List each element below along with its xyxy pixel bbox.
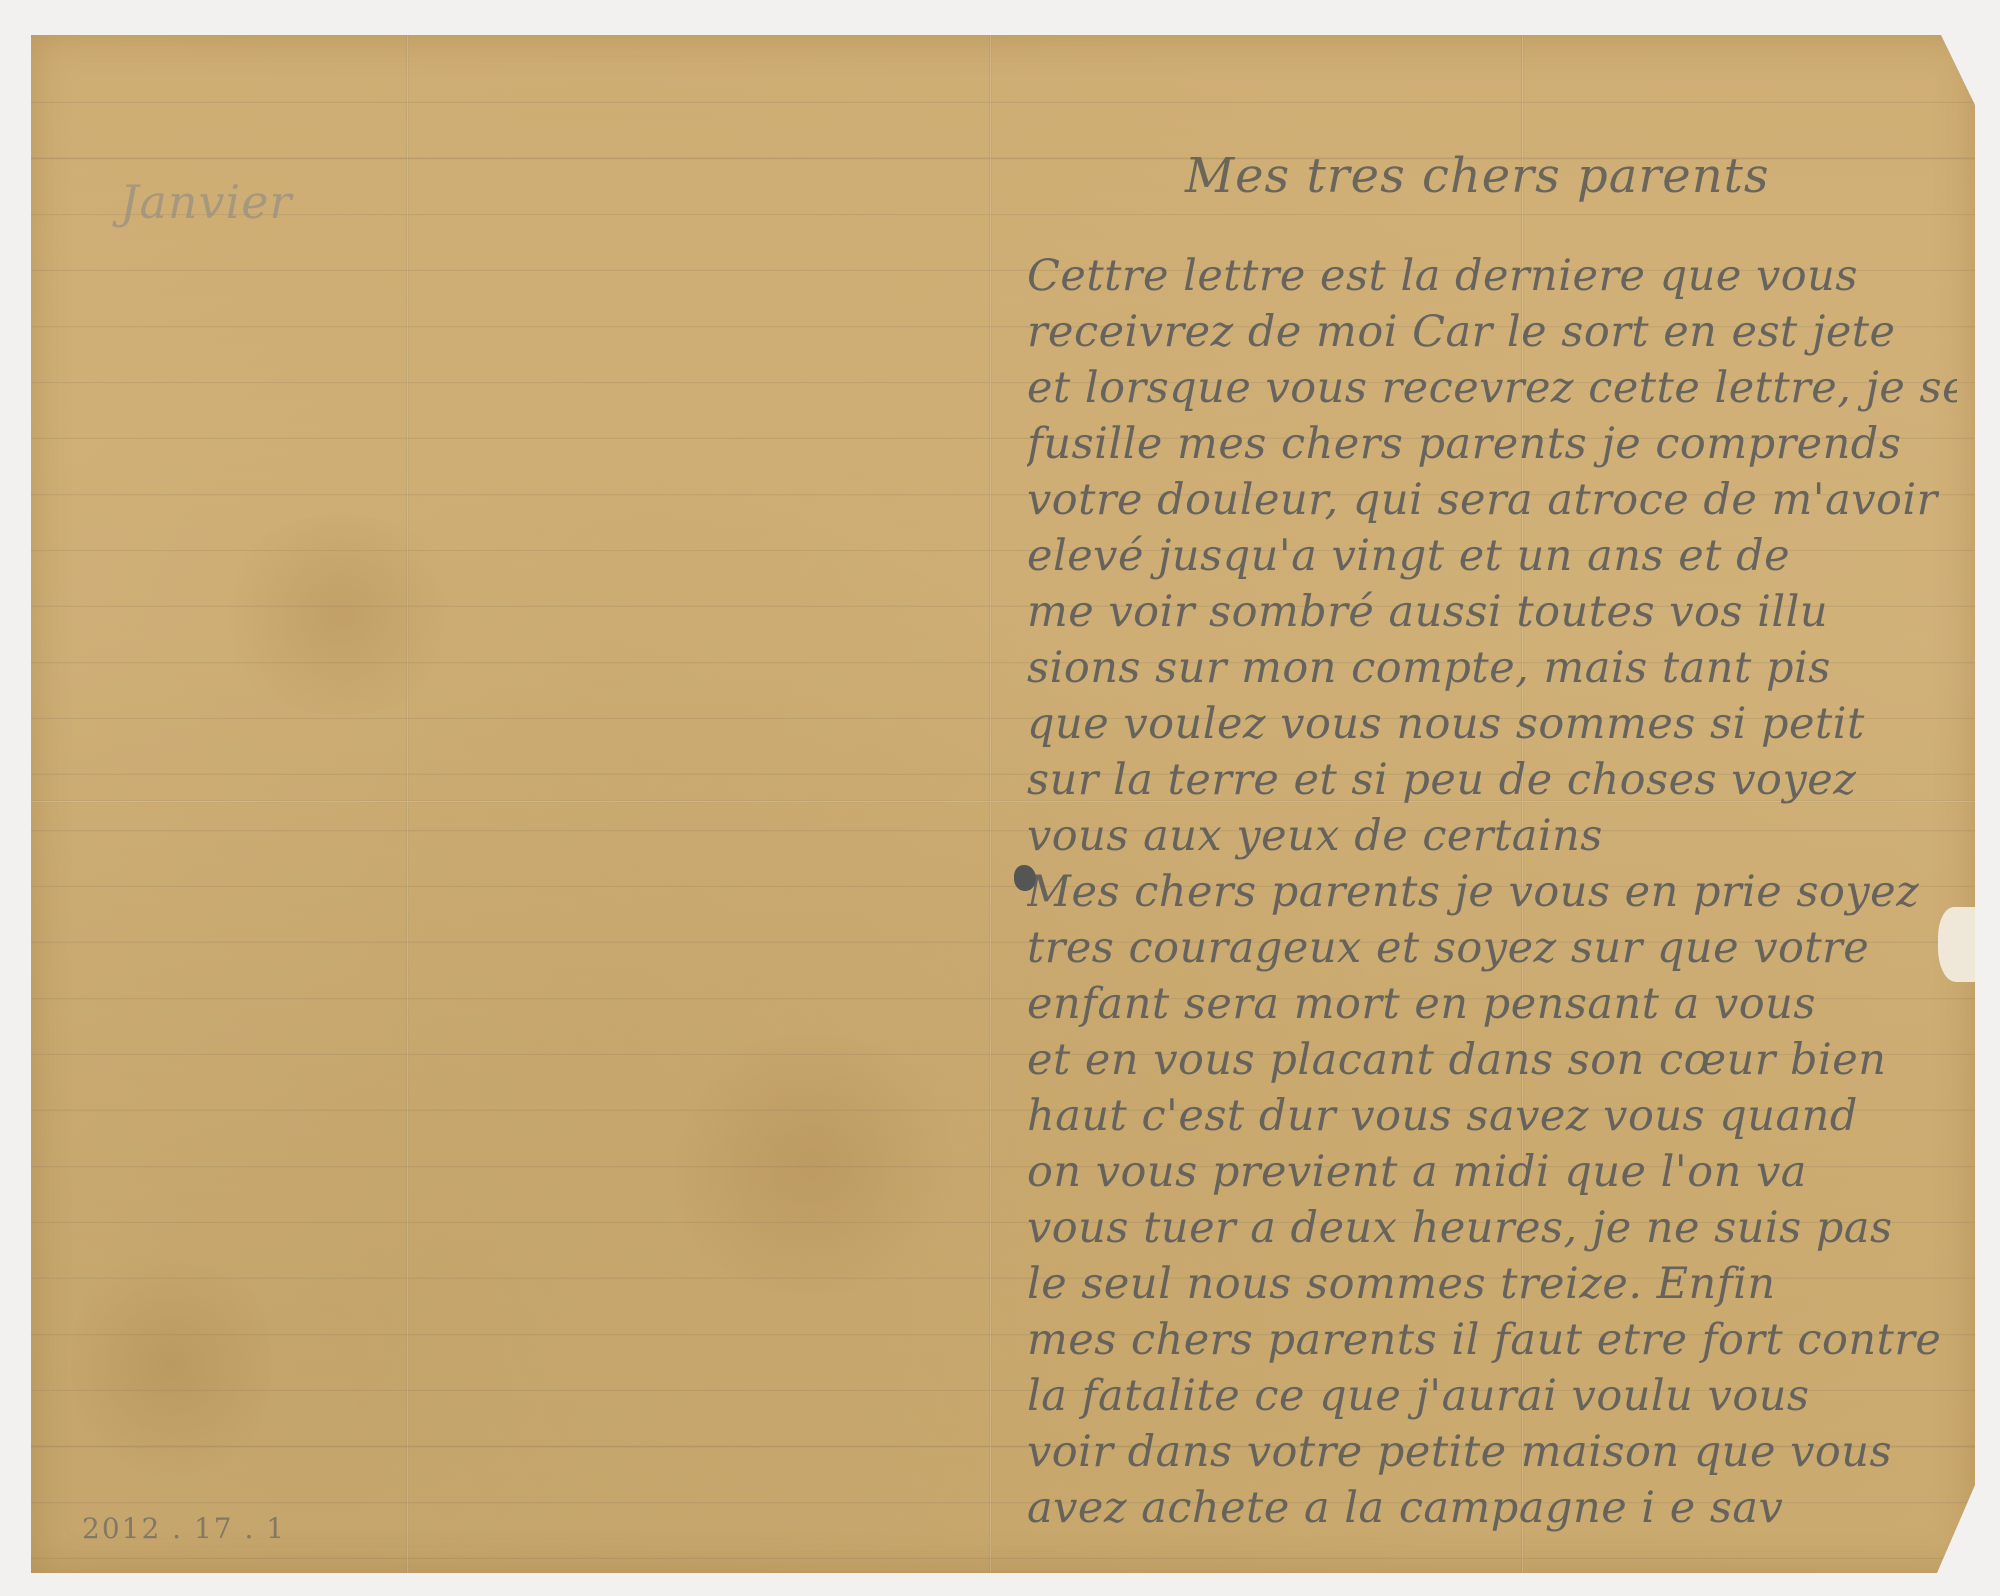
letter-line: me voir sombré aussi toutes vos illu	[1027, 584, 1957, 640]
letter-line: receivrez de moi Car le sort en est jete	[1027, 304, 1957, 360]
letter-line: vous tuer a deux heures, je ne suis pas	[1027, 1200, 1957, 1256]
letter-line: enfant sera mort en pensant a vous	[1027, 976, 1957, 1032]
letter-line: elevé jusqu'a vingt et un ans et de	[1027, 528, 1957, 584]
letter-line: mes chers parents il faut etre fort cont…	[1027, 1312, 1957, 1368]
annotation-date: Janvier	[120, 175, 292, 229]
letter-line: tres courageux et soyez sur que votre	[1027, 920, 1957, 976]
letter-line: la fatalite ce que j'aurai voulu vous	[1027, 1368, 1957, 1424]
letter-line: sions sur mon compte, mais tant pis	[1027, 640, 1957, 696]
letter-body: Cettre lettre est la derniere que vous r…	[1027, 248, 1957, 1536]
paper-stain	[211, 515, 471, 715]
fold-line-vertical-center	[989, 35, 992, 1573]
letter-line: avez achete a la campagne i e sav	[1027, 1480, 1957, 1536]
letter-line: sur la terre et si peu de choses voyez	[1027, 752, 1957, 808]
letter-line: vous aux yeux de certains	[1027, 808, 1957, 864]
letter-line: voir dans votre petite maison que vous	[1027, 1424, 1957, 1480]
paper-stain	[71, 1235, 271, 1495]
letter-line: votre douleur, qui sera atroce de m'avoi…	[1027, 472, 1957, 528]
letter-line: fusille mes chers parents je comprends	[1027, 416, 1957, 472]
letter-line: que voulez vous nous sommes si petit	[1027, 696, 1957, 752]
letter-greeting: Mes tres chers parents	[1185, 148, 1770, 204]
letter-line: Cettre lettre est la derniere que vous	[1027, 248, 1957, 304]
letter-line: et lorsque vous recevrez cette lettre, j…	[1027, 360, 1957, 416]
letter-line: on vous previent a midi que l'on va	[1027, 1144, 1957, 1200]
letter-line: le seul nous sommes treize. Enfin	[1027, 1256, 1957, 1312]
scan-background: Janvier 2012 . 17 . 1 Mes tres chers par…	[0, 0, 2000, 1596]
letter-line: Mes chers parents je vous en prie soyez	[1027, 864, 1957, 920]
catalog-number: 2012 . 17 . 1	[82, 1512, 286, 1545]
letter-line: haut c'est dur vous savez vous quand	[1027, 1088, 1957, 1144]
fold-line-vertical-left	[406, 35, 409, 1573]
letter-line: et en vous placant dans son cœur bien	[1027, 1032, 1957, 1088]
paper-stain	[651, 1035, 971, 1295]
